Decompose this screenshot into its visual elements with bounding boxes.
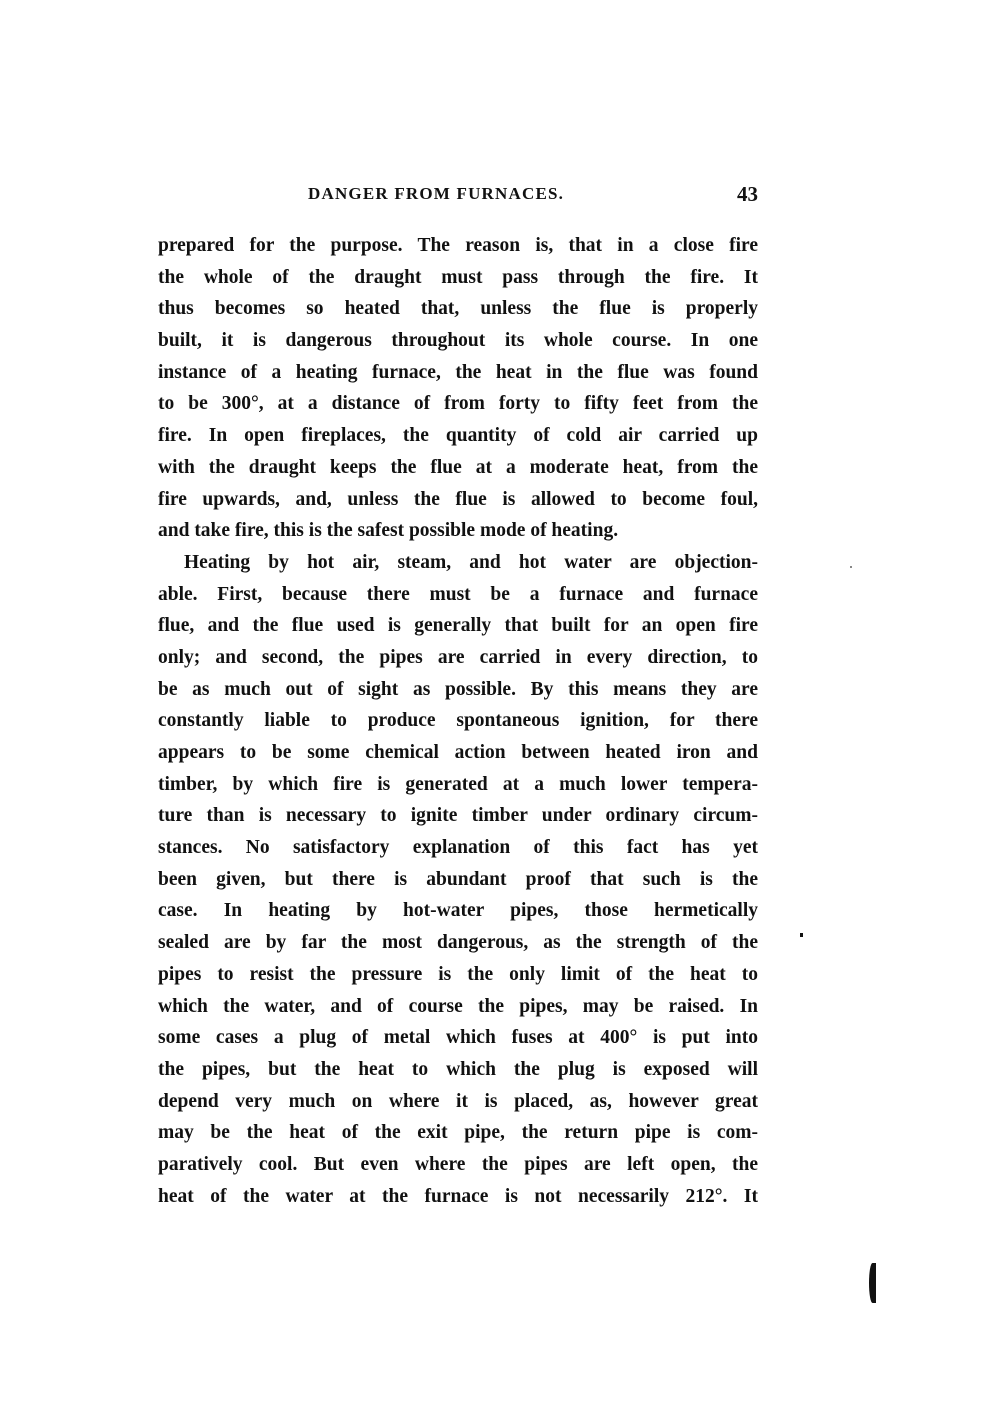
text-line: the whole of the draught must pass throu… [158,262,758,294]
text-line: thus becomes so heated that, unless the … [158,293,758,325]
scan-speck [800,933,803,937]
text-line: which the water, and of course the pipes… [158,991,758,1023]
text-line: the pipes, but the heat to which the plu… [158,1054,758,1086]
scan-speck [850,566,852,568]
text-line: depend very much on where it is placed, … [158,1086,758,1118]
text-line: prepared for the purpose. The reason is,… [158,230,758,262]
text-line: fire. In open fireplaces, the quantity o… [158,420,758,452]
text-line: constantly liable to produce spontaneous… [158,705,758,737]
page-number: 43 [737,182,758,207]
text-line: stances. No satisfactory explanation of … [158,832,758,864]
text-line: be as much out of sight as possible. By … [158,674,758,706]
scan-edge-mark [869,1263,876,1303]
text-line: case. In heating by hot-water pipes, tho… [158,895,758,927]
text-line: instance of a heating furnace, the heat … [158,357,758,389]
text-line: been given, but there is abundant proof … [158,864,758,896]
text-line: flue, and the flue used is generally tha… [158,610,758,642]
text-line: ture than is necessary to ignite timber … [158,800,758,832]
text-line: paratively cool. But even where the pipe… [158,1149,758,1181]
text-line: appears to be some chemical action betwe… [158,737,758,769]
text-line: timber, by which fire is generated at a … [158,769,758,801]
text-line: some cases a plug of metal which fuses a… [158,1022,758,1054]
text-line: and take fire, this is the safest possib… [158,515,758,547]
text-line: sealed are by far the most dangerous, as… [158,927,758,959]
text-line: pipes to resist the pressure is the only… [158,959,758,991]
scanned-book-page: DANGER FROM FURNACES. 43 prepared for th… [0,0,1005,1408]
text-line: Heating by hot air, steam, and hot water… [158,547,758,579]
text-line: fire upwards, and, unless the flue is al… [158,484,758,516]
text-line: only; and second, the pipes are carried … [158,642,758,674]
body-text: prepared for the purpose. The reason is,… [158,230,758,1212]
text-line: able. First, because there must be a fur… [158,579,758,611]
running-title: DANGER FROM FURNACES. [308,184,564,204]
text-line: to be 300°, at a distance of from forty … [158,388,758,420]
text-line: with the draught keeps the flue at a mod… [158,452,758,484]
text-line: may be the heat of the exit pipe, the re… [158,1117,758,1149]
text-line: heat of the water at the furnace is not … [158,1181,758,1213]
text-line: built, it is dangerous throughout its wh… [158,325,758,357]
running-head: DANGER FROM FURNACES. 43 [158,182,758,212]
